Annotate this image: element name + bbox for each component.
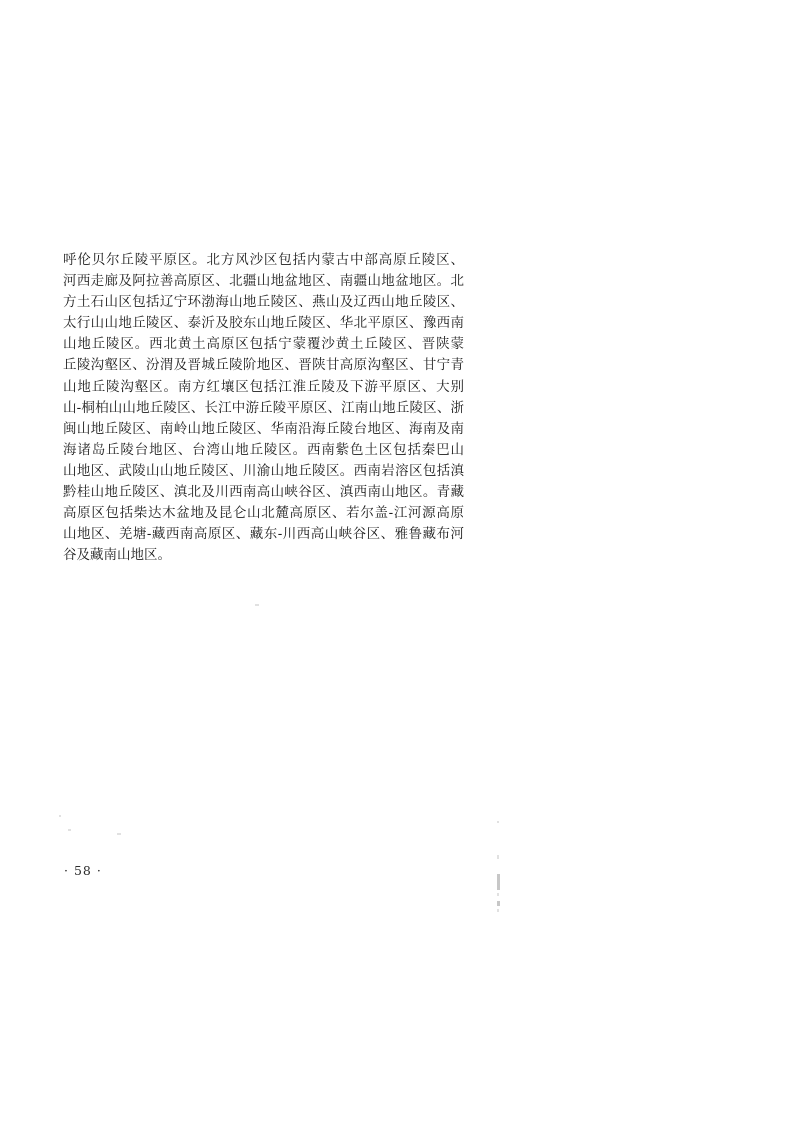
text-line: 山地区、武陵山山地丘陵区、川渝山地丘陵区。西南岩溶区包括滇 xyxy=(63,461,464,482)
page-number: · 58 · xyxy=(64,863,102,878)
text-line: 山地丘陵区。西北黄土高原区包括宁蒙覆沙黄土丘陵区、晋陕蒙 xyxy=(63,334,464,355)
scan-artifact xyxy=(497,901,500,906)
text-line: 方土石山区包括辽宁环渤海山地丘陵区、燕山及辽西山地丘陵区、 xyxy=(63,292,464,313)
text-line: 山地丘陵沟壑区。南方红壤区包括江淮丘陵及下游平原区、大别 xyxy=(63,377,464,398)
scan-artifact xyxy=(497,893,499,896)
scan-artifact xyxy=(255,604,259,606)
text-line: 海诸岛丘陵台地区、台湾山地丘陵区。西南紫色土区包括秦巴山 xyxy=(63,440,464,461)
text-line: 高原区包括柴达木盆地及昆仑山北麓高原区、若尔盖-江河源高原 xyxy=(63,503,464,524)
scan-artifact xyxy=(497,874,500,890)
scan-artifact xyxy=(497,821,499,823)
body-paragraph: 呼伦贝尔丘陵平原区。北方风沙区包括内蒙古中部高原丘陵区、 河西走廊及阿拉善高原区… xyxy=(63,250,464,566)
text-line: 河西走廊及阿拉善高原区、北疆山地盆地区、南疆山地盆地区。北 xyxy=(63,271,464,292)
text-line: 山地区、羌塘-藏西南高原区、藏东-川西高山峡谷区、雅鲁藏布河 xyxy=(63,524,464,545)
text-line: 呼伦贝尔丘陵平原区。北方风沙区包括内蒙古中部高原丘陵区、 xyxy=(63,250,464,271)
scan-artifact xyxy=(497,909,499,912)
scan-artifact xyxy=(497,855,499,859)
text-line: 太行山山地丘陵区、泰沂及胶东山地丘陵区、华北平原区、豫西南 xyxy=(63,313,464,334)
document-page: 呼伦贝尔丘陵平原区。北方风沙区包括内蒙古中部高原丘陵区、 河西走廊及阿拉善高原区… xyxy=(0,0,793,1122)
text-line: 闽山地丘陵区、南岭山地丘陵区、华南沿海丘陵台地区、海南及南 xyxy=(63,419,464,440)
scan-artifact xyxy=(117,833,121,835)
scan-artifact xyxy=(68,829,71,831)
text-line: 山-桐柏山山地丘陵区、长江中游丘陵平原区、江南山地丘陵区、浙 xyxy=(63,398,464,419)
scan-artifact xyxy=(59,815,61,817)
text-line: 黔桂山地丘陵区、滇北及川西南高山峡谷区、滇西南山地区。青藏 xyxy=(63,482,464,503)
text-line: 丘陵沟壑区、汾渭及晋城丘陵阶地区、晋陕甘高原沟壑区、甘宁青 xyxy=(63,355,464,376)
text-line: 谷及藏南山地区。 xyxy=(63,545,464,566)
